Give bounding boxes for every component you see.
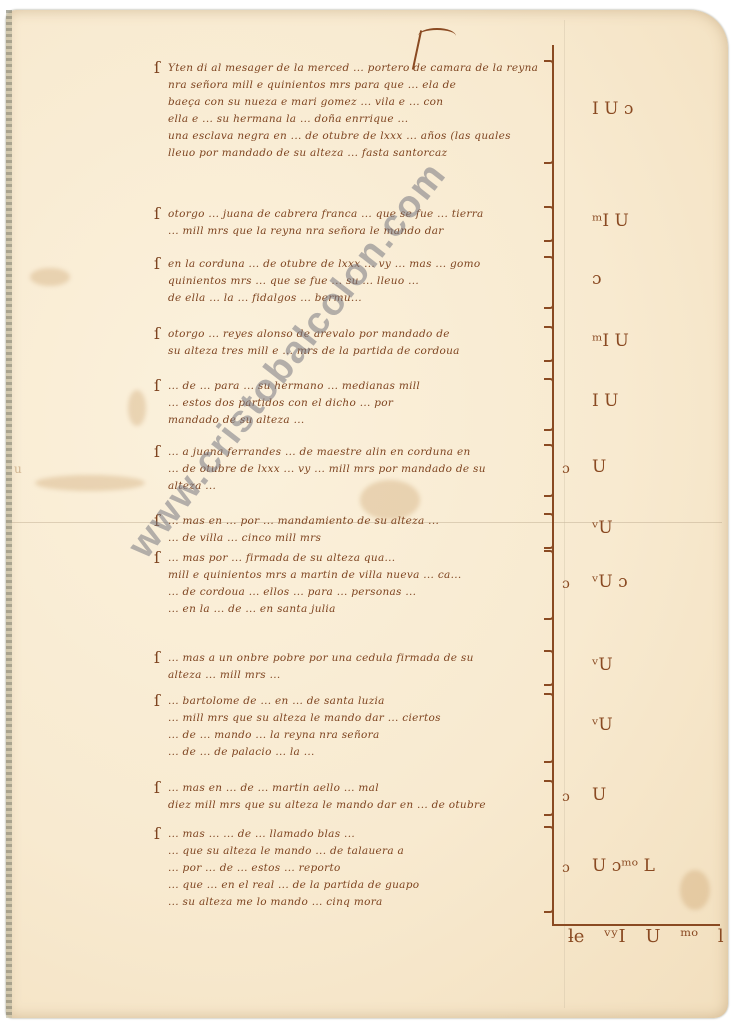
stain [30,268,70,286]
entry-amount: ᵛU [592,655,613,675]
entry-paragraph-mark: ſ [154,648,160,667]
entry-line: ... de ... para ... su hermano ... media… [168,380,548,392]
entry-paragraph-mark: ſ [154,376,160,395]
account-column-rule [552,45,554,925]
entry-amount: U ɔᵐᵒ L [592,856,655,876]
entry-line: ... mill mrs que su alteza le mando dar … [168,712,548,724]
entry-line: diez mill mrs que su alteza le mando dar… [168,799,548,811]
entry-amount: ᵐI U [592,211,629,231]
entry-line: ... mas por ... firmada de su alteza qua… [168,552,548,564]
entry-line: baeça con su nueza e mari gomez ... vila… [168,96,548,108]
stain [128,390,146,426]
entry-amount: U [592,457,606,477]
entry-line: ... de ... de palacio ... la ... [168,746,548,758]
entry-amount: I U [592,391,618,411]
left-margin-mark: u [14,462,22,476]
entry-line: otorgo ... juana de cabrera franca ... q… [168,208,548,220]
entry-line: ... por ... de ... estos ... reporto [168,862,548,874]
entry-line: ... bartolome de ... en ... de santa luz… [168,695,548,707]
flourish-curve [418,28,456,44]
entry-line: ... mas en ... por ... mandamiento de su… [168,515,548,527]
entry-line: lleuo por mandado de su alteza ... fasta… [168,147,548,159]
entry-margin-mark: ɔ [562,789,570,805]
entry-margin-mark: ɔ [562,860,570,876]
entry-paragraph-mark: ſ [154,204,160,223]
entry-margin-mark: ɔ [562,576,570,592]
entry-line: alteza ... mill mrs ... [168,669,548,681]
entry-line: ... de cordoua ... ellos ... para ... pe… [168,586,548,598]
entry-amount: I U ɔ [592,99,633,119]
entry-line: ... su alteza me lo mando ... cinq mora [168,896,548,908]
stain [680,870,710,910]
entry-paragraph-mark: ſ [154,778,160,797]
total-value: ᵛʸI U [604,926,660,947]
entry-amount: ɔ [592,269,602,289]
entry-margin-mark: ɔ [562,461,570,477]
entry-line: nra señora mill e quinientos mrs para qu… [168,79,548,91]
entry-line: una esclava negra en ... de otubre de lx… [168,130,548,142]
entry-amount: ᵛU ɔ [592,572,628,592]
entry-paragraph-mark: ſ [154,254,160,273]
page-total: ƚe ᵛʸI U ᵐᵒ l [568,926,724,947]
entry-line: ... en la ... de ... en santa julia [168,603,548,615]
entry-line: ... de ... mando ... la reyna nra señora [168,729,548,741]
entry-line: ... de villa ... cinco mill mrs [168,532,548,544]
entry-line: ... que ... en el real ... de la partida… [168,879,548,891]
entry-paragraph-mark: ſ [154,691,160,710]
entry-line: mill e quinientos mrs a martin de villa … [168,569,548,581]
entry-paragraph-mark: ſ [154,824,160,843]
entry-amount: U [592,785,606,805]
entry-amount: ᵛU [592,715,613,735]
entry-line: Yten di al mesager de la merced ... port… [168,62,548,74]
entry-line: ella e ... su hermana la ... doña enrriq… [168,113,548,125]
total-suffix: ᵐᵒ l [680,926,723,947]
entry-line: su alteza tres mill e ... mrs de la part… [168,345,548,357]
entry-line: ... mas ... ... de ... llamado blas ... [168,828,548,840]
entry-line: otorgo ... reyes alonso de arevalo por m… [168,328,548,340]
entry-line: alteza ... [168,480,548,492]
entry-line: ... que su alteza le mando ... de talaue… [168,845,548,857]
entry-paragraph-mark: ſ [154,442,160,461]
entry-paragraph-mark: ſ [154,58,160,77]
entry-line: ... mas en ... de ... martin aello ... m… [168,782,548,794]
total-prefix: ƚe [568,926,584,947]
entry-amount: ᵐI U [592,331,629,351]
stain [35,475,145,491]
entry-paragraph-mark: ſ [154,324,160,343]
entry-amount: ᵛU [592,518,613,538]
entry-line: ... mas a un onbre pobre por una cedula … [168,652,548,664]
